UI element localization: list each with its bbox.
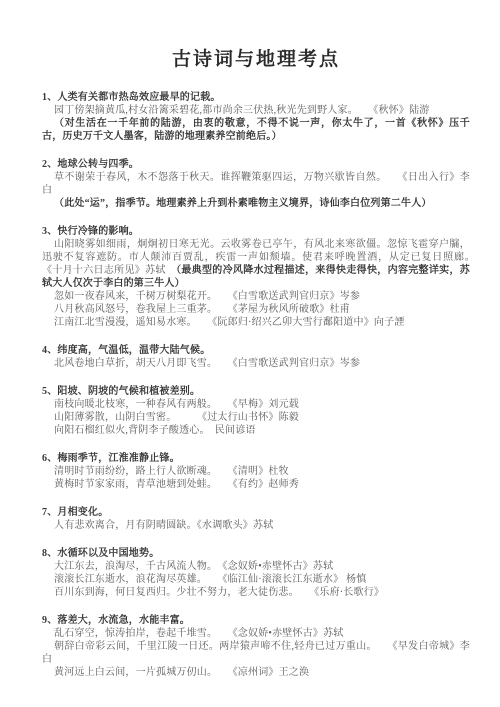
poem-line: 南枝向暖北枝寒，一种春风有两般。 《早梅》刘元载	[42, 398, 470, 411]
poem-run: 黄梅时节家家雨，青草池塘到处蛙。 《有约》赵师秀	[54, 479, 299, 490]
poem-line: 黄河远上白云间，一片孤城万仞山。 《凉州词》王之涣	[42, 666, 470, 679]
poem-run: 人有悲欢离合，月有阴晴圆缺。《水调歌头》苏轼	[54, 520, 273, 531]
poem-line: 山阳薄雾散，山阴白雪密。 《过太行山书怀》陈毅	[42, 411, 470, 424]
commentary-run: （此处“运”，指季节。地理素养上升到朴素唯物主义境界，诗仙李白位列第二牛人）	[54, 198, 432, 209]
poem-run: 向阳石榴红似火,背阴李子酸透心。 民间谚语	[54, 425, 256, 436]
poem-run: 草不谢荣于春风，木不怨落于秋天。谁挥鞭策驱四运，万物兴歇皆自然。 《日出入行》李…	[42, 172, 470, 196]
page-title: 古诗词与地理考点	[42, 0, 470, 91]
exam-point-section: 8、水循环以及中国地势。大江东去，浪淘尽，千古风流人物。 《念奴娇•赤壁怀古》苏…	[42, 547, 470, 599]
poem-run: 朝辞白帝彩云间，千里江陵一日还。两岸猿声啼不住,轻舟已过万重山。 《早发白帝城》…	[42, 641, 470, 665]
poem-run: 清明时节雨纷纷，路上行人欲断魂。 《清明》杜牧	[54, 466, 289, 477]
poem-run: 南枝向暖北枝寒，一种春风有两般。 《早梅》刘元载	[54, 399, 299, 410]
exam-point-section: 1、人类有关都市热岛效应最早的记载。园丁傍架摘黄瓜,村女沿篱采碧花,都市尚余三伏…	[42, 91, 470, 143]
poem-line: 山阳晓雾如细雨，炯炯初日寒无光。云收雾卷已亭午，有风北来寒欲僵。忽惊飞雹穿户牖，…	[42, 238, 470, 290]
exam-point-section: 6、梅雨季节，江淮准静止锋。清明时节雨纷纷，路上行人欲断魂。 《清明》杜牧黄梅时…	[42, 452, 470, 491]
section-heading: 1、人类有关都市热岛效应最早的记载。	[42, 91, 470, 104]
section-heading: 9、落差大，水流急，水能丰富。	[42, 614, 470, 627]
poem-line: 朝辞白帝彩云间，千里江陵一日还。两岸猿声啼不住,轻舟已过万重山。 《早发白帝城》…	[42, 640, 470, 666]
poem-line: 草不谢荣于春风，木不怨落于秋天。谁挥鞭策驱四运，万物兴歇皆自然。 《日出入行》李…	[42, 171, 470, 197]
exam-point-section: 9、落差大，水流急，水能丰富。乱石穿空，惊涛拍岸，卷起千堆雪。 《念奴娇•赤壁怀…	[42, 614, 470, 679]
poem-run: 江南江北雪漫漫，遥知易水寒。 《阮郎归·绍兴乙卯大雪行鄱阳道中》向子諲	[54, 317, 405, 328]
section-heading: 8、水循环以及中国地势。	[42, 547, 470, 560]
poem-run: 园丁傍架摘黄瓜,村女沿篱采碧花,都市尚余三伏热,秋光先到野人家。 《秋怀》陆游	[54, 105, 430, 116]
sections-container: 1、人类有关都市热岛效应最早的记载。园丁傍架摘黄瓜,村女沿篱采碧花,都市尚余三伏…	[42, 91, 470, 679]
poem-line: 北风卷地白草折，胡天八月即飞雪。 《白雪歌送武判官归京》岑参	[42, 357, 470, 370]
section-heading: 2、地球公转与四季。	[42, 158, 470, 171]
poem-line: 向阳石榴红似火,背阴李子酸透心。 民间谚语	[42, 424, 470, 437]
poem-line: 滚滚长江东逝水，浪花淘尽英雄。 《临江仙·滚滚长江东逝水》 杨慎	[42, 573, 470, 586]
section-heading: 3、快行冷锋的影响。	[42, 225, 470, 238]
exam-point-section: 5、阳坡、阴坡的气候和植被差别。南枝向暖北枝寒，一种春风有两般。 《早梅》刘元载…	[42, 385, 470, 437]
poem-line: 大江东去，浪淘尽，千古风流人物。 《念奴娇•赤壁怀古》苏轼	[42, 560, 470, 573]
commentary-run: （对生活在一千年前的陆游，由衷的敬意，不得不说一声，你太牛了，一首《秋怀》压千古…	[42, 118, 470, 142]
poem-line: 园丁傍架摘黄瓜,村女沿篱采碧花,都市尚余三伏热,秋光先到野人家。 《秋怀》陆游	[42, 104, 470, 117]
poem-run: 大江东去，浪淘尽，千古风流人物。 《念奴娇•赤壁怀古》苏轼	[54, 561, 333, 572]
exam-point-section: 2、地球公转与四季。草不谢荣于春风，木不怨落于秋天。谁挥鞭策驱四运，万物兴歇皆自…	[42, 158, 470, 210]
exam-point-section: 7、月相变化。人有悲欢离合，月有阴晴圆缺。《水调歌头》苏轼	[42, 506, 470, 532]
poem-run: 八月秋高风怒号，卷我屋上三重茅。 《茅屋为秋风所破歌》杜甫	[54, 304, 350, 315]
poem-line: 忽如一夜春风来，千树万树梨花开。 《白雪歌送武判官归京》岑参	[42, 290, 470, 303]
poem-line: 乱石穿空，惊涛拍岸，卷起千堆雪。 《念奴娇•赤壁怀古》苏轼	[42, 627, 470, 640]
poem-line: （对生活在一千年前的陆游，由衷的敬意，不得不说一声，你太牛了，一首《秋怀》压千古…	[42, 117, 470, 143]
poem-line: 清明时节雨纷纷，路上行人欲断魂。 《清明》杜牧	[42, 465, 470, 478]
poem-line: 人有悲欢离合，月有阴晴圆缺。《水调歌头》苏轼	[42, 519, 470, 532]
section-heading: 6、梅雨季节，江淮准静止锋。	[42, 452, 470, 465]
poem-run: 北风卷地白草折，胡天八月即飞雪。 《白雪歌送武判官归京》岑参	[54, 358, 360, 369]
section-heading: 5、阳坡、阴坡的气候和植被差别。	[42, 385, 470, 398]
section-heading: 4、纬度高，气温低，温带大陆气候。	[42, 344, 470, 357]
section-heading: 7、月相变化。	[42, 506, 470, 519]
document-page: 古诗词与地理考点 1、人类有关都市热岛效应最早的记载。园丁傍架摘黄瓜,村女沿篱采…	[0, 0, 500, 707]
exam-point-section: 3、快行冷锋的影响。山阳晓雾如细雨，炯炯初日寒无光。云收雾卷已亭午，有风北来寒欲…	[42, 225, 470, 329]
exam-point-section: 4、纬度高，气温低，温带大陆气候。北风卷地白草折，胡天八月即飞雪。 《白雪歌送武…	[42, 344, 470, 370]
poem-run: 滚滚长江东逝水，浪花淘尽英雄。 《临江仙·滚滚长江东逝水》 杨慎	[54, 574, 366, 585]
poem-run: 山阳薄雾散，山阴白雪密。 《过太行山书怀》陈毅	[54, 412, 299, 423]
poem-line: 百川东到海，何日复西归。少壮不努力，老大徒伤悲。 《乐府·长歌行》	[42, 586, 470, 599]
poem-run: 乱石穿空，惊涛拍岸，卷起千堆雪。 《念奴娇•赤壁怀古》苏轼	[54, 628, 344, 639]
poem-run: 百川东到海，何日复西归。少壮不努力，老大徒伤悲。 《乐府·长歌行》	[54, 587, 384, 598]
poem-line: 江南江北雪漫漫，遥知易水寒。 《阮郎归·绍兴乙卯大雪行鄱阳道中》向子諲	[42, 316, 470, 329]
poem-line: （此处“运”，指季节。地理素养上升到朴素唯物主义境界，诗仙李白位列第二牛人）	[42, 197, 470, 210]
poem-line: 八月秋高风怒号，卷我屋上三重茅。 《茅屋为秋风所破歌》杜甫	[42, 303, 470, 316]
poem-line: 黄梅时节家家雨，青草池塘到处蛙。 《有约》赵师秀	[42, 478, 470, 491]
poem-run: 忽如一夜春风来，千树万树梨花开。 《白雪歌送武判官归京》岑参	[54, 291, 360, 302]
poem-run: 黄河远上白云间，一片孤城万仞山。 《凉州词》王之涣	[54, 667, 309, 678]
